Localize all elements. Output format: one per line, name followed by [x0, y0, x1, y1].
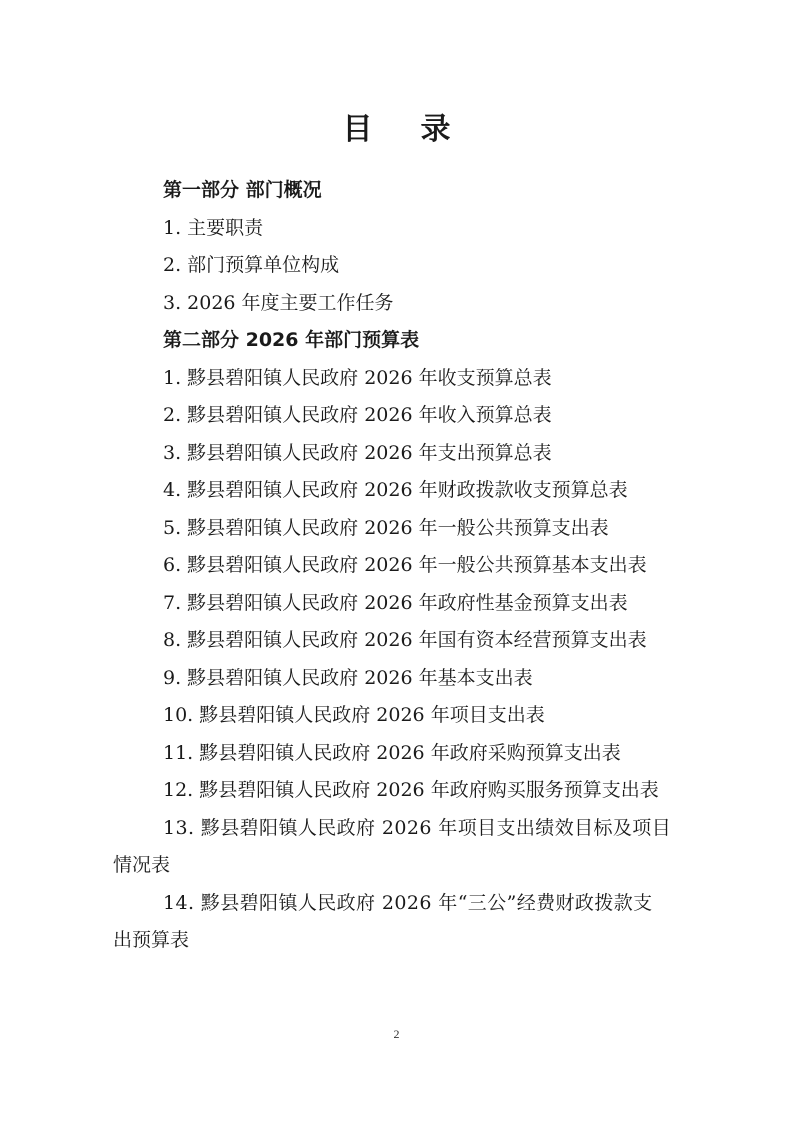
toc-part1-heading[interactable]: 第一部分 部门概况 — [113, 172, 693, 210]
toc-item[interactable]: 10. 黟县碧阳镇人民政府 2026 年项目支出表 — [113, 697, 693, 735]
toc-item[interactable]: 3. 2026 年度主要工作任务 — [113, 285, 693, 323]
table-of-contents: 第一部分 部门概况 1. 主要职责 2. 部门预算单位构成 3. 2026 年度… — [113, 172, 693, 960]
toc-item-14-line2: 出预算表 — [113, 922, 693, 960]
toc-item[interactable]: 3. 黟县碧阳镇人民政府 2026 年支出预算总表 — [113, 435, 693, 473]
title-char-2: 录 — [421, 104, 451, 148]
toc-item[interactable]: 1. 主要职责 — [113, 210, 693, 248]
toc-item-14[interactable]: 14. 黟县碧阳镇人民政府 2026 年“三公”经费财政拨款支 出预算表 — [113, 885, 693, 960]
toc-item[interactable]: 12. 黟县碧阳镇人民政府 2026 年政府购买服务预算支出表 — [113, 772, 693, 810]
toc-item[interactable]: 4. 黟县碧阳镇人民政府 2026 年财政拨款收支预算总表 — [113, 472, 693, 510]
toc-item-13[interactable]: 13. 黟县碧阳镇人民政府 2026 年项目支出绩效目标及项目 情况表 — [113, 810, 693, 885]
toc-part2-heading[interactable]: 第二部分 2026 年部门预算表 — [113, 322, 693, 360]
toc-item-13-line2: 情况表 — [113, 847, 693, 885]
toc-item[interactable]: 5. 黟县碧阳镇人民政府 2026 年一般公共预算支出表 — [113, 510, 693, 548]
title-char-1: 目 — [343, 104, 373, 148]
toc-item[interactable]: 6. 黟县碧阳镇人民政府 2026 年一般公共预算基本支出表 — [113, 547, 693, 585]
toc-item-13-line1: 13. 黟县碧阳镇人民政府 2026 年项目支出绩效目标及项目 — [113, 810, 693, 848]
toc-item-14-line1: 14. 黟县碧阳镇人民政府 2026 年“三公”经费财政拨款支 — [113, 885, 693, 923]
page-title: 目录 — [0, 104, 793, 148]
toc-item[interactable]: 9. 黟县碧阳镇人民政府 2026 年基本支出表 — [113, 660, 693, 698]
page-number: 2 — [0, 1027, 793, 1042]
toc-item[interactable]: 11. 黟县碧阳镇人民政府 2026 年政府采购预算支出表 — [113, 735, 693, 773]
toc-item[interactable]: 7. 黟县碧阳镇人民政府 2026 年政府性基金预算支出表 — [113, 585, 693, 623]
toc-item[interactable]: 2. 部门预算单位构成 — [113, 247, 693, 285]
toc-item[interactable]: 2. 黟县碧阳镇人民政府 2026 年收入预算总表 — [113, 397, 693, 435]
toc-item[interactable]: 8. 黟县碧阳镇人民政府 2026 年国有资本经营预算支出表 — [113, 622, 693, 660]
toc-item[interactable]: 1. 黟县碧阳镇人民政府 2026 年收支预算总表 — [113, 360, 693, 398]
